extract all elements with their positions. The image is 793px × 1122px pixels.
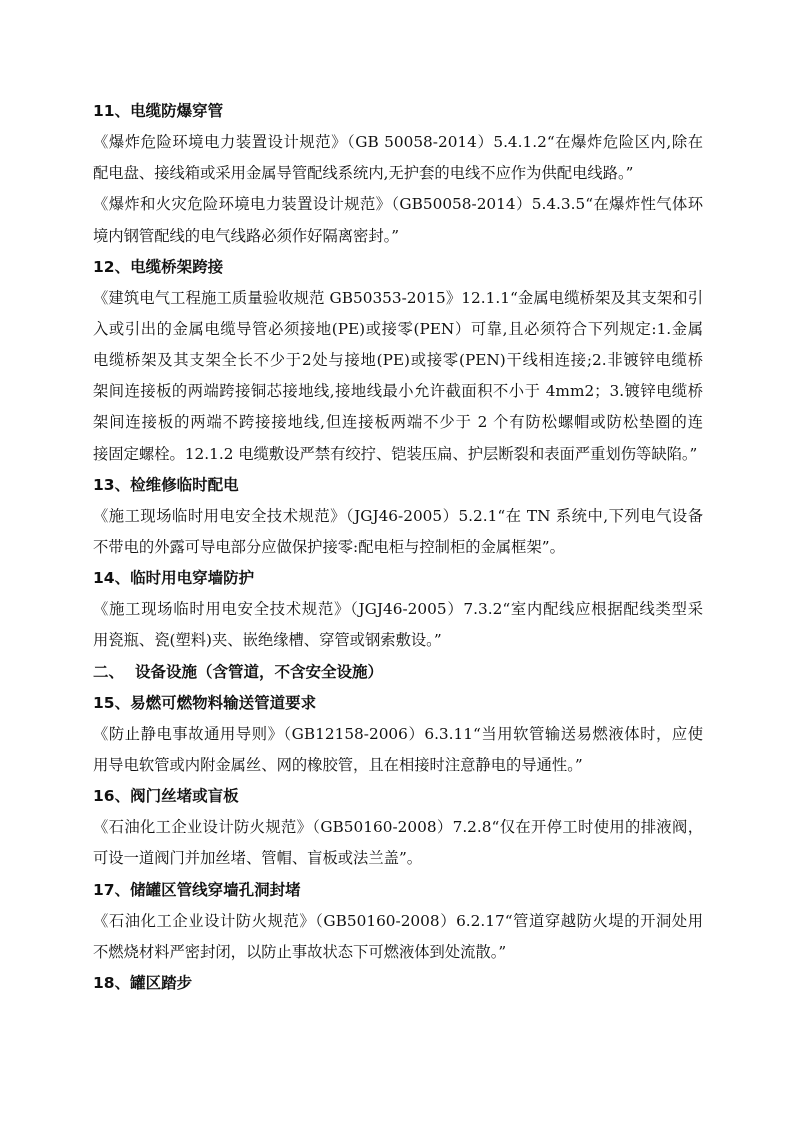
document-page: 11、电缆防爆穿管 《爆炸危险环境电力装置设计规范》（GB 50058-2014… [93, 96, 703, 999]
paragraph-line: 架间连接板的两端跨接铜芯接地线,接地线最小允许截面积不小于 4mm2；3.镀锌电… [93, 376, 703, 407]
item-heading-13: 13、检维修临时配电 [93, 470, 703, 501]
paragraph-line: 《爆炸危险环境电力装置设计规范》（GB 50058-2014）5.4.1.2“在… [93, 127, 703, 158]
paragraph-line: 可设一道阀门并加丝堵、管帽、盲板或法兰盖”。 [93, 843, 703, 874]
paragraph-line: 《施工现场临时用电安全技术规范》（JGJ46-2005）7.3.2“室内配线应根… [93, 594, 703, 625]
paragraph-line: 《石油化工企业设计防火规范》（GB50160-2008）7.2.8“仅在开停工时… [93, 812, 703, 843]
paragraph-line: 电缆桥架及其支架全长不少于2处与接地(PE)或接零(PEN)干线相连接;2.非镀… [93, 345, 703, 376]
paragraph-line: 《建筑电气工程施工质量验收规范 GB50353-2015》12.1.1“金属电缆… [93, 283, 703, 314]
item-heading-17: 17、储罐区管线穿墙孔洞封堵 [93, 875, 703, 906]
paragraph-line: 架间连接板的两端不跨接接地线,但连接板两端不少于 2 个有防松螺帽或防松垫圈的连 [93, 407, 703, 438]
item-heading-11: 11、电缆防爆穿管 [93, 96, 703, 127]
paragraph-line: 不带电的外露可导电部分应做保护接零:配电柜与控制柜的金属框架”。 [93, 532, 703, 563]
section-heading: 二、设备设施（含管道，不含安全设施） [93, 657, 703, 688]
paragraph-line: 配电盘、接线箱或采用金属导管配线系统内,无护套的电线不应作为供配电线路。” [93, 158, 703, 189]
item-heading-18: 18、罐区踏步 [93, 968, 703, 999]
paragraph-line: 《施工现场临时用电安全技术规范》（JGJ46-2005）5.2.1“在 TN 系… [93, 501, 703, 532]
paragraph-line: 《防止静电事故通用导则》（GB12158-2006）6.3.11“当用软管输送易… [93, 719, 703, 750]
paragraph-line: 接固定螺栓。12.1.2 电缆敷设严禁有绞拧、铠装压扁、护层断裂和表面严重划伤等… [93, 439, 703, 470]
paragraph-line: 入或引出的金属电缆导管必须接地(PE)或接零(PEN）可靠,且必须符合下列规定:… [93, 314, 703, 345]
item-heading-15: 15、易燃可燃物料输送管道要求 [93, 688, 703, 719]
paragraph-line: 用瓷瓶、瓷(塑料)夹、嵌绝缘槽、穿管或钢索敷设。” [93, 625, 703, 656]
paragraph-line: 《石油化工企业设计防火规范》（GB50160-2008）6.2.17“管道穿越防… [93, 906, 703, 937]
paragraph-line: 境内钢管配线的电气线路必须作好隔离密封。” [93, 221, 703, 252]
section-title: 设备设施（含管道，不含安全设施） [135, 663, 383, 681]
item-heading-14: 14、临时用电穿墙防护 [93, 563, 703, 594]
paragraph-line: 不燃烧材料严密封闭，以防止事故状态下可燃液体到处流散。” [93, 937, 703, 968]
paragraph-line: 用导电软管或内附金属丝、网的橡胶管，且在相接时注意静电的导通性。” [93, 750, 703, 781]
paragraph-line: 《爆炸和火灾危险环境电力装置设计规范》（GB50058-2014）5.4.3.5… [93, 189, 703, 220]
item-heading-12: 12、电缆桥架跨接 [93, 252, 703, 283]
section-number: 二、 [93, 657, 135, 688]
item-heading-16: 16、阀门丝堵或盲板 [93, 781, 703, 812]
